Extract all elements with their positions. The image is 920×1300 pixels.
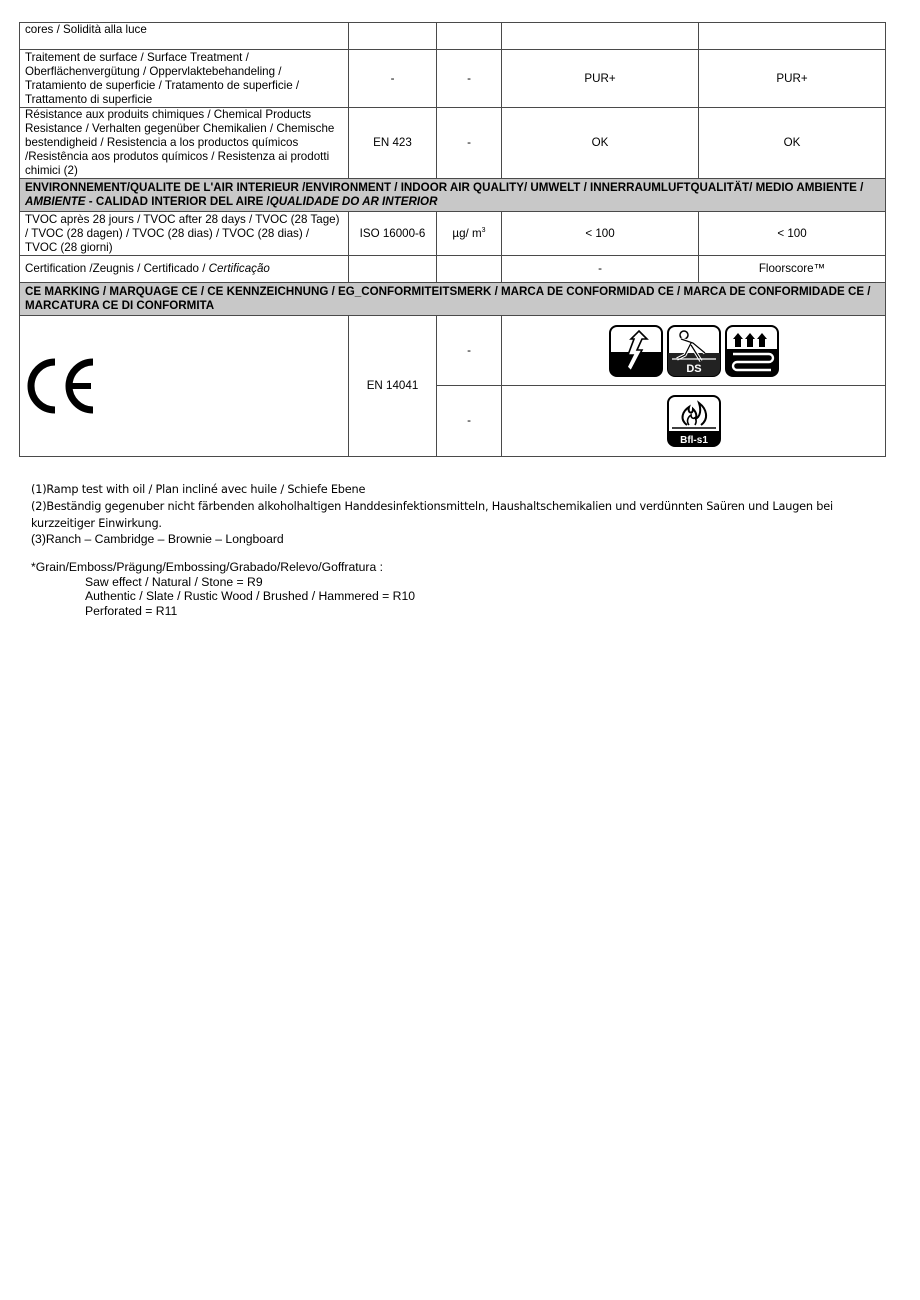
performance-icons-cell: DS bbox=[502, 316, 886, 386]
standard-cell: ISO 16000-6 bbox=[349, 212, 437, 256]
svg-text:DS: DS bbox=[686, 363, 701, 375]
footnotes: (1)Ramp test with oil / Plan incliné ave… bbox=[31, 481, 891, 547]
table-row-surface-treatment: Traitement de surface / Surface Treatmen… bbox=[20, 50, 886, 108]
value-b-cell: Floorscore™ bbox=[699, 256, 886, 283]
footnote-1: (1)Ramp test with oil / Plan incliné ave… bbox=[31, 481, 891, 498]
unit-cell: - bbox=[437, 316, 502, 386]
value-a-cell: PUR+ bbox=[502, 50, 699, 108]
row-label: Traitement de surface / Surface Treatmen… bbox=[20, 50, 349, 108]
slip-resistance-ds-icon: DS bbox=[667, 325, 721, 377]
specifications-table: cores / Solidità alla luce Traitement de… bbox=[19, 22, 886, 457]
standard-cell: - bbox=[349, 50, 437, 108]
antistatic-icon bbox=[609, 325, 663, 377]
standard-cell bbox=[349, 256, 437, 283]
table-row-chemical-resistance: Résistance aux produits chimiques / Chem… bbox=[20, 108, 886, 179]
value-b-cell: OK bbox=[699, 108, 886, 179]
svg-text:Bfl-s1: Bfl-s1 bbox=[680, 435, 708, 446]
grain-r11: Perforated = R11 bbox=[31, 604, 415, 619]
standard-cell: EN 14041 bbox=[349, 316, 437, 457]
row-label: TVOC après 28 jours / TVOC after 28 days… bbox=[20, 212, 349, 256]
section-header-environment: ENVIRONNEMENT/QUALITE DE L'AIR INTERIEUR… bbox=[20, 179, 886, 212]
grain-title: *Grain/Emboss/Prägung/Embossing/Grabado/… bbox=[31, 560, 415, 575]
section-title: CE MARKING / MARQUAGE CE / CE KENNZEICHN… bbox=[20, 283, 886, 316]
unit-cell: µg/ m3 bbox=[437, 212, 502, 256]
row-label: Certification /Zeugnis / Certificado / C… bbox=[20, 256, 349, 283]
table-row-lightfastness: cores / Solidità alla luce bbox=[20, 23, 886, 50]
standard-cell bbox=[349, 23, 437, 50]
value-a-cell: OK bbox=[502, 108, 699, 179]
standard-cell: EN 423 bbox=[349, 108, 437, 179]
footnote-3: (3)Ranch – Cambridge – Brownie – Longboa… bbox=[31, 532, 891, 547]
underfloor-heating-icon bbox=[725, 325, 779, 377]
ce-mark-icon bbox=[25, 316, 343, 456]
table-row-tvoc: TVOC après 28 jours / TVOC after 28 days… bbox=[20, 212, 886, 256]
unit-cell bbox=[437, 23, 502, 50]
value-b-cell: < 100 bbox=[699, 212, 886, 256]
grain-r9: Saw effect / Natural / Stone = R9 bbox=[31, 575, 415, 590]
section-title: ENVIRONNEMENT/QUALITE DE L'AIR INTERIEUR… bbox=[20, 179, 886, 212]
table-row-ce-1: EN 14041 - DS bbox=[20, 316, 886, 386]
value-b-cell bbox=[699, 23, 886, 50]
unit-cell: - bbox=[437, 386, 502, 457]
value-a-cell bbox=[502, 23, 699, 50]
value-b-cell: PUR+ bbox=[699, 50, 886, 108]
unit-cell: - bbox=[437, 108, 502, 179]
row-label: cores / Solidità alla luce bbox=[20, 23, 349, 50]
fire-classification-icon: Bfl-s1 bbox=[667, 395, 721, 447]
unit-cell bbox=[437, 256, 502, 283]
section-header-ce-marking: CE MARKING / MARQUAGE CE / CE KENNZEICHN… bbox=[20, 283, 886, 316]
unit-cell: - bbox=[437, 50, 502, 108]
row-label: Résistance aux produits chimiques / Chem… bbox=[20, 108, 349, 179]
fire-class-icon-cell: Bfl-s1 bbox=[502, 386, 886, 457]
grain-legend: *Grain/Emboss/Prägung/Embossing/Grabado/… bbox=[31, 560, 415, 618]
value-a-cell: < 100 bbox=[502, 212, 699, 256]
grain-r10: Authentic / Slate / Rustic Wood / Brushe… bbox=[31, 589, 415, 604]
table-row-certification: Certification /Zeugnis / Certificado / C… bbox=[20, 256, 886, 283]
value-a-cell: - bbox=[502, 256, 699, 283]
footnote-2: (2)Beständig gegenuber nicht färbenden a… bbox=[31, 498, 891, 532]
ce-logo-cell bbox=[20, 316, 349, 457]
